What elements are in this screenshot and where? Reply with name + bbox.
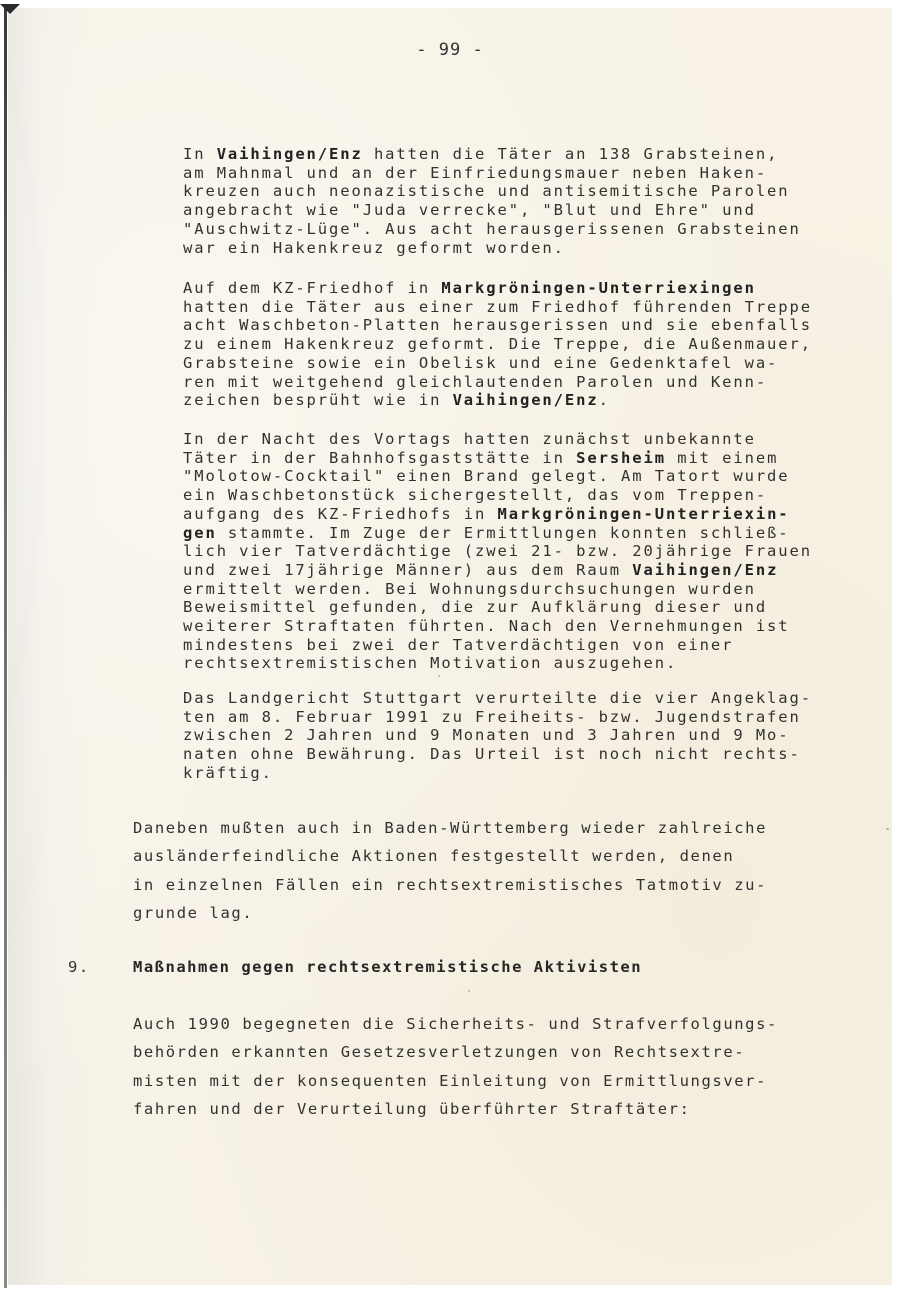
place-name: Markgröningen-Unterriexin- <box>498 505 790 523</box>
paragraph-urteil: Das Landgericht Stuttgart verurteilte di… <box>183 689 823 783</box>
page-number: - 99 - <box>0 40 900 60</box>
text-run: kräftig. <box>183 764 273 782</box>
text-run: Auf dem KZ-Friedhof in <box>183 279 441 297</box>
text-line: behörden erkannten Gesetzesverletzungen … <box>133 1038 833 1066</box>
text-line: ein Waschbetonstück sichergestellt, das … <box>183 486 823 505</box>
place-name: Vaihingen/Enz <box>453 391 599 409</box>
text-line: ermittelt werden. Bei Wohnungsdurchsuchu… <box>183 580 823 599</box>
text-run: ten am 8. Februar 1991 zu Freiheits- bzw… <box>183 708 801 726</box>
text-run: mindestens bei zwei der Tatverdächtigen … <box>183 636 733 654</box>
place-name: Markgröningen-Unterriexingen <box>441 279 756 297</box>
place-name: Sersheim <box>576 449 666 467</box>
text-run: ermittelt werden. Bei Wohnungsdurchsuchu… <box>183 580 756 598</box>
scan-speck <box>468 990 470 992</box>
paragraph-markgroeningen: Auf dem KZ-Friedhof in Markgröningen-Unt… <box>183 279 823 410</box>
text-run: acht Waschbeton-Platten herausgerissen u… <box>183 316 812 334</box>
text-line: kreuzen auch neonazistische und antisemi… <box>183 182 823 201</box>
text-run: lich vier Tatverdächtige (zwei 21- bzw. … <box>183 542 812 560</box>
place-name: gen <box>183 524 217 542</box>
text-run: ren mit weitgehend gleichlautenden Parol… <box>183 373 767 391</box>
text-run: zeichen besprüht wie in <box>183 391 453 409</box>
text-line: mindestens bei zwei der Tatverdächtigen … <box>183 636 823 655</box>
place-name: Vaihingen/Enz <box>217 145 363 163</box>
section-number: 9. <box>68 958 90 976</box>
text-line: war ein Hakenkreuz geformt worden. <box>183 239 823 258</box>
text-line: Auf dem KZ-Friedhof in Markgröningen-Unt… <box>183 279 823 298</box>
text-line: und zwei 17jährige Männer) aus dem Raum … <box>183 561 823 580</box>
text-line: naten ohne Bewährung. Das Urteil ist noc… <box>183 745 823 764</box>
paragraph-sersheim: In der Nacht des Vortags hatten zunächst… <box>183 430 823 673</box>
text-line: gen stammte. Im Zuge der Ermittlungen ko… <box>183 524 823 543</box>
text-line: weiterer Straftaten führten. Nach den Ve… <box>183 617 823 636</box>
paragraph-auch-1990: Auch 1990 begegneten die Sicherheits- un… <box>133 1010 833 1124</box>
text-line: grunde lag. <box>133 899 833 927</box>
text-run: zu einem Hakenkreuz geformt. Die Treppe,… <box>183 335 812 353</box>
text-run: aufgang des KZ-Friedhofs in <box>183 505 498 523</box>
text-line: Daneben mußten auch in Baden-Württemberg… <box>133 814 833 842</box>
text-line: ausländerfeindliche Aktionen festgestell… <box>133 842 833 870</box>
text-line: Beweismittel gefunden, die zur Aufklärun… <box>183 598 823 617</box>
text-run: Täter in der Bahnhofsgaststätte in <box>183 449 576 467</box>
text-line: in einzelnen Fällen ein rechtsextremisti… <box>133 871 833 899</box>
text-line: misten mit der konsequenten Einleitung v… <box>133 1067 833 1095</box>
paragraph-vaihingen: In Vaihingen/Enz hatten die Täter an 138… <box>183 145 823 257</box>
text-run: mit einem <box>666 449 778 467</box>
text-line: aufgang des KZ-Friedhofs in Markgröninge… <box>183 505 823 524</box>
scan-speck <box>886 828 889 830</box>
text-run: hatten die Täter aus einer zum Friedhof … <box>183 298 812 316</box>
text-line: am Mahnmal und an der Einfriedungsmauer … <box>183 164 823 183</box>
place-name: Vaihingen/Enz <box>632 561 778 579</box>
text-line: zeichen besprüht wie in Vaihingen/Enz. <box>183 391 823 410</box>
paragraph-daneben: Daneben mußten auch in Baden-Württemberg… <box>133 814 833 928</box>
text-run: kreuzen auch neonazistische und antisemi… <box>183 182 790 200</box>
text-run: am Mahnmal und an der Einfriedungsmauer … <box>183 164 767 182</box>
text-line: ren mit weitgehend gleichlautenden Parol… <box>183 373 823 392</box>
text-line: In der Nacht des Vortags hatten zunächst… <box>183 430 823 449</box>
text-line: acht Waschbeton-Platten herausgerissen u… <box>183 316 823 335</box>
text-run: Das Landgericht Stuttgart verurteilte di… <box>183 689 812 707</box>
text-run: und zwei 17jährige Männer) aus dem Raum <box>183 561 632 579</box>
text-run: naten ohne Bewährung. Das Urteil ist noc… <box>183 745 801 763</box>
text-line: Auch 1990 begegneten die Sicherheits- un… <box>133 1010 833 1038</box>
text-run: zwischen 2 Jahren und 9 Monaten und 3 Ja… <box>183 726 790 744</box>
text-line: lich vier Tatverdächtige (zwei 21- bzw. … <box>183 542 823 561</box>
text-line: In Vaihingen/Enz hatten die Täter an 138… <box>183 145 823 164</box>
text-run: "Auschwitz-Lüge". Aus acht herausgerisse… <box>183 220 801 238</box>
text-line: ten am 8. Februar 1991 zu Freiheits- bzw… <box>183 708 823 727</box>
text-run: Grabsteine sowie ein Obelisk und eine Ge… <box>183 354 778 372</box>
text-run: angebracht wie "Juda verrecke", "Blut un… <box>183 201 756 219</box>
text-line: "Molotow-Cocktail" einen Brand gelegt. A… <box>183 467 823 486</box>
text-run: ein Waschbetonstück sichergestellt, das … <box>183 486 767 504</box>
section-heading: Maßnahmen gegen rechtsextremistische Akt… <box>133 958 642 976</box>
text-run: . <box>599 391 610 409</box>
text-run: rechtsextremistischen Motivation auszuge… <box>183 654 677 672</box>
text-line: "Auschwitz-Lüge". Aus acht herausgerisse… <box>183 220 823 239</box>
text-run: "Molotow-Cocktail" einen Brand gelegt. A… <box>183 467 790 485</box>
text-line: zu einem Hakenkreuz geformt. Die Treppe,… <box>183 335 823 354</box>
text-line: Grabsteine sowie ein Obelisk und eine Ge… <box>183 354 823 373</box>
scan-speck <box>438 675 440 677</box>
text-line: Täter in der Bahnhofsgaststätte in Sersh… <box>183 449 823 468</box>
text-line: hatten die Täter aus einer zum Friedhof … <box>183 298 823 317</box>
text-line: rechtsextremistischen Motivation auszuge… <box>183 654 823 673</box>
text-run: war ein Hakenkreuz geformt worden. <box>183 239 565 257</box>
text-line: angebracht wie "Juda verrecke", "Blut un… <box>183 201 823 220</box>
corner-mark <box>0 4 20 14</box>
text-run: stammte. Im Zuge der Ermittlungen konnte… <box>217 524 790 542</box>
text-line: fahren und der Verurteilung überführter … <box>133 1095 833 1123</box>
text-run: Beweismittel gefunden, die zur Aufklärun… <box>183 598 767 616</box>
text-line: Das Landgericht Stuttgart verurteilte di… <box>183 689 823 708</box>
text-line: zwischen 2 Jahren und 9 Monaten und 3 Ja… <box>183 726 823 745</box>
text-line: kräftig. <box>183 764 823 783</box>
page-binding-edge <box>4 8 7 1288</box>
text-run: In <box>183 145 217 163</box>
text-run: In der Nacht des Vortags hatten zunächst… <box>183 430 756 448</box>
text-run: weiterer Straftaten führten. Nach den Ve… <box>183 617 790 635</box>
text-run: hatten die Täter an 138 Grabsteinen, <box>363 145 779 163</box>
